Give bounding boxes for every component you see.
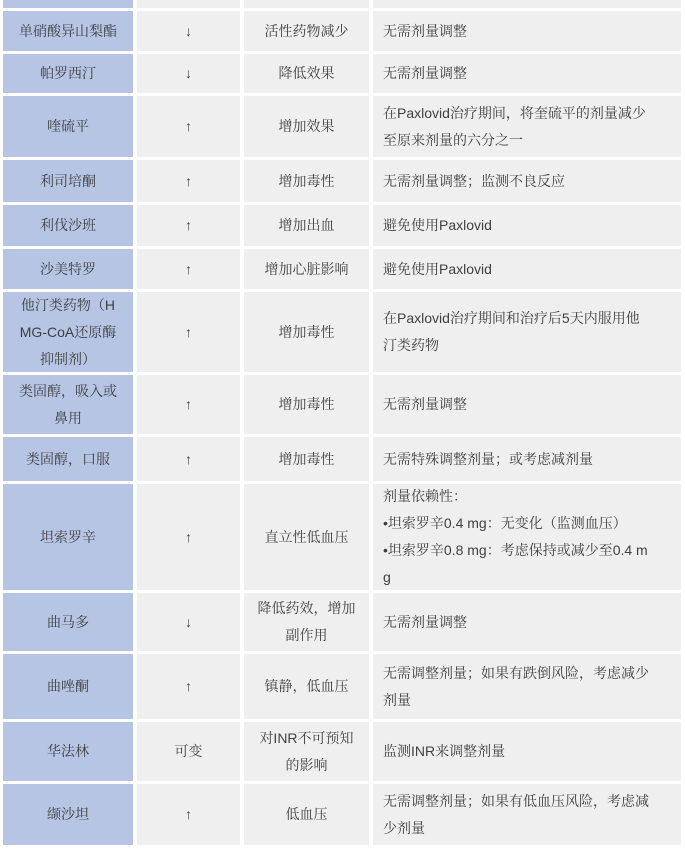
recommendation-cell: 无需调整剂量；如果有低血压风险，考虑减 少剂量 (373, 784, 681, 845)
effect-cell: 增加毒性 (244, 160, 369, 202)
exposure-arrow-cell: ↑ (137, 784, 240, 845)
drug-name-cell: 曲马多 (3, 593, 133, 651)
table-row: 曲唑酮 ↑ 镇静，低血压 无需调整剂量；如果有跌倒风险，考虑减少 剂量 (3, 654, 685, 719)
recommendation-cell: 无需特殊调整剂量；或考虑减剂量 (373, 437, 681, 481)
table-row: 类固醇，口服 ↑ 增加毒性 无需特殊调整剂量；或考虑减剂量 (3, 437, 685, 481)
effect-cell: 镇静，低血压 (244, 654, 369, 719)
exposure-arrow-cell: 可变 (137, 722, 240, 781)
drug-name-cell: 他汀类药物（H MG-CoA还原酶 抑制剂） (3, 292, 133, 372)
recommendation-cell: 无需剂量调整 (373, 375, 681, 434)
exposure-arrow-cell: ↑ (137, 437, 240, 481)
drug-name-cell (3, 0, 133, 8)
drug-name-cell: 帕罗西汀 (3, 54, 133, 93)
exposure-arrow-cell: ↑ (137, 205, 240, 246)
exposure-arrow-cell: ↑ (137, 375, 240, 434)
effect-cell: 增加效果 (244, 96, 369, 157)
recommendation-cell: 无需剂量调整 (373, 593, 681, 651)
effect-cell: 增加毒性 (244, 375, 369, 434)
table-row: 利司培酮 ↑ 增加毒性 无需剂量调整；监测不良反应 (3, 160, 685, 202)
drug-name-cell: 喹硫平 (3, 96, 133, 157)
drug-name-cell: 曲唑酮 (3, 654, 133, 719)
drug-name-cell: 沙美特罗 (3, 249, 133, 289)
exposure-arrow-cell: ↓ (137, 593, 240, 651)
recommendation-cell: 无需剂量调整 (373, 11, 681, 51)
table-row: 喹硫平 ↑ 增加效果 在Paxlovid治疗期间，将奎硫平的剂量减少 至原来剂量… (3, 96, 685, 157)
recommendation-cell: 监测INR来调整剂量 (373, 722, 681, 781)
effect-cell (244, 0, 369, 8)
table-row: 单硝酸异山梨酯 ↓ 活性药物减少 无需剂量调整 (3, 11, 685, 51)
exposure-arrow-cell: ↑ (137, 292, 240, 372)
exposure-arrow-cell (137, 0, 240, 8)
recommendation-cell: 避免使用Paxlovid (373, 205, 681, 246)
drug-name-cell: 类固醇，吸入或 鼻用 (3, 375, 133, 434)
effect-cell: 增加毒性 (244, 437, 369, 481)
recommendation-cell: 无需剂量调整；监测不良反应 (373, 160, 681, 202)
drug-name-cell: 类固醇，口服 (3, 437, 133, 481)
exposure-arrow-cell: ↑ (137, 249, 240, 289)
drug-name-cell: 利司培酮 (3, 160, 133, 202)
table-row-partial (3, 0, 685, 8)
table-row: 沙美特罗 ↑ 增加心脏影响 避免使用Paxlovid (3, 249, 685, 289)
table-row: 缬沙坦 ↑ 低血压 无需调整剂量；如果有低血压风险，考虑减 少剂量 (3, 784, 685, 845)
exposure-arrow-cell: ↓ (137, 11, 240, 51)
table-row: 帕罗西汀 ↓ 降低效果 无需剂量调整 (3, 54, 685, 93)
table-row: 类固醇，吸入或 鼻用 ↑ 增加毒性 无需剂量调整 (3, 375, 685, 434)
table-row: 利伐沙班 ↑ 增加出血 避免使用Paxlovid (3, 205, 685, 246)
effect-cell: 增加心脏影响 (244, 249, 369, 289)
drug-name-cell: 坦索罗辛 (3, 484, 133, 590)
table-row: 华法林 可变 对INR不可预知 的影响 监测INR来调整剂量 (3, 722, 685, 781)
table-row: 曲马多 ↓ 降低药效，增加 副作用 无需剂量调整 (3, 593, 685, 651)
recommendation-cell: 避免使用Paxlovid (373, 249, 681, 289)
drug-interaction-table: 单硝酸异山梨酯 ↓ 活性药物减少 无需剂量调整 帕罗西汀 ↓ 降低效果 无需剂量… (0, 0, 685, 845)
exposure-arrow-cell: ↓ (137, 54, 240, 93)
effect-cell: 降低药效，增加 副作用 (244, 593, 369, 651)
effect-cell: 对INR不可预知 的影响 (244, 722, 369, 781)
table-row: 坦索罗辛 ↑ 直立性低血压 剂量依赖性： •坦索罗辛0.4 mg：无变化（监测血… (3, 484, 685, 590)
effect-cell: 直立性低血压 (244, 484, 369, 590)
recommendation-cell: 剂量依赖性： •坦索罗辛0.4 mg：无变化（监测血压） •坦索罗辛0.8 mg… (373, 484, 681, 590)
recommendation-cell: 在Paxlovid治疗期间，将奎硫平的剂量减少 至原来剂量的六分之一 (373, 96, 681, 157)
recommendation-cell: 无需调整剂量；如果有跌倒风险，考虑减少 剂量 (373, 654, 681, 719)
table-row: 他汀类药物（H MG-CoA还原酶 抑制剂） ↑ 增加毒性 在Paxlovid治… (3, 292, 685, 372)
effect-cell: 增加毒性 (244, 292, 369, 372)
exposure-arrow-cell: ↑ (137, 160, 240, 202)
effect-cell: 低血压 (244, 784, 369, 845)
effect-cell: 降低效果 (244, 54, 369, 93)
recommendation-cell: 无需剂量调整 (373, 54, 681, 93)
drug-name-cell: 缬沙坦 (3, 784, 133, 845)
drug-name-cell: 单硝酸异山梨酯 (3, 11, 133, 51)
exposure-arrow-cell: ↑ (137, 654, 240, 719)
effect-cell: 增加出血 (244, 205, 369, 246)
exposure-arrow-cell: ↑ (137, 96, 240, 157)
recommendation-cell: 在Paxlovid治疗期间和治疗后5天内服用他 汀类药物 (373, 292, 681, 372)
recommendation-cell (373, 0, 681, 8)
document-page: 单硝酸异山梨酯 ↓ 活性药物减少 无需剂量调整 帕罗西汀 ↓ 降低效果 无需剂量… (0, 0, 685, 852)
exposure-arrow-cell: ↑ (137, 484, 240, 590)
drug-name-cell: 华法林 (3, 722, 133, 781)
drug-name-cell: 利伐沙班 (3, 205, 133, 246)
effect-cell: 活性药物减少 (244, 11, 369, 51)
